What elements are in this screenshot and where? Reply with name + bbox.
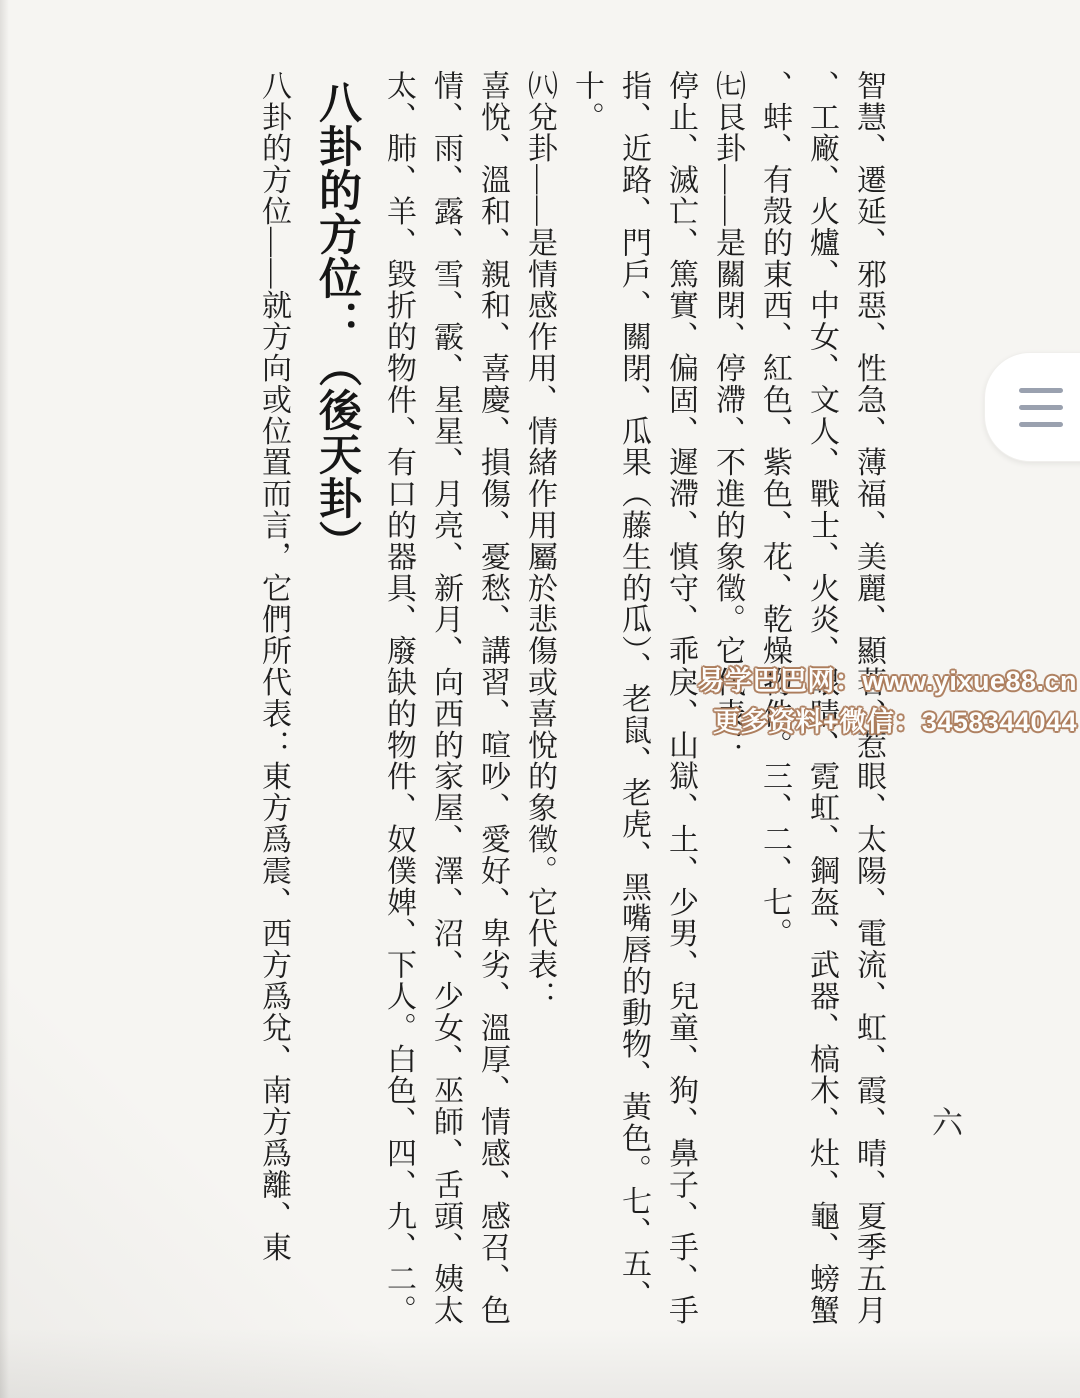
fangwei-intro-text: 八卦的方位——就方向或位置而言，它們所代表：東方爲震、西方爲兌、南方爲離、東 [250,70,297,1334]
watermark-wechat-line: 更多资料+微信：3458344044 [697,702,1077,743]
page-title: 八卦的方位：（後天卦） [297,70,375,1334]
watermark-site-line: 易学巴巴网：www.yixue88.cn [697,661,1077,702]
hamburger-icon-bar-bottom [1019,422,1063,427]
page-number: 六 [922,1106,967,1139]
hamburger-icon-bar-middle [1019,405,1063,410]
hamburger-icon-bar-top [1019,388,1063,393]
menu-button[interactable] [984,352,1080,462]
watermark: 易学巴巴网：www.yixue88.cn 更多资料+微信：3458344044 [697,661,1080,743]
dui-gua-body: 喜悅、溫和、親和、喜慶、損傷、憂愁、講習、喧吵、愛好、卑劣、溫厚、情感、感召、色… [375,70,516,1334]
dui-gua-header: ㈧兌卦——是情感作用、情緒作用屬於悲傷或喜悅的象徵。它代表： [516,70,563,1334]
gen-gua-body: 停止、滅亡、篤實、偏固、遲滯、慎守、乖戾、山獄、土、少男、兒童、狗、鼻子、手、手… [563,70,704,1334]
